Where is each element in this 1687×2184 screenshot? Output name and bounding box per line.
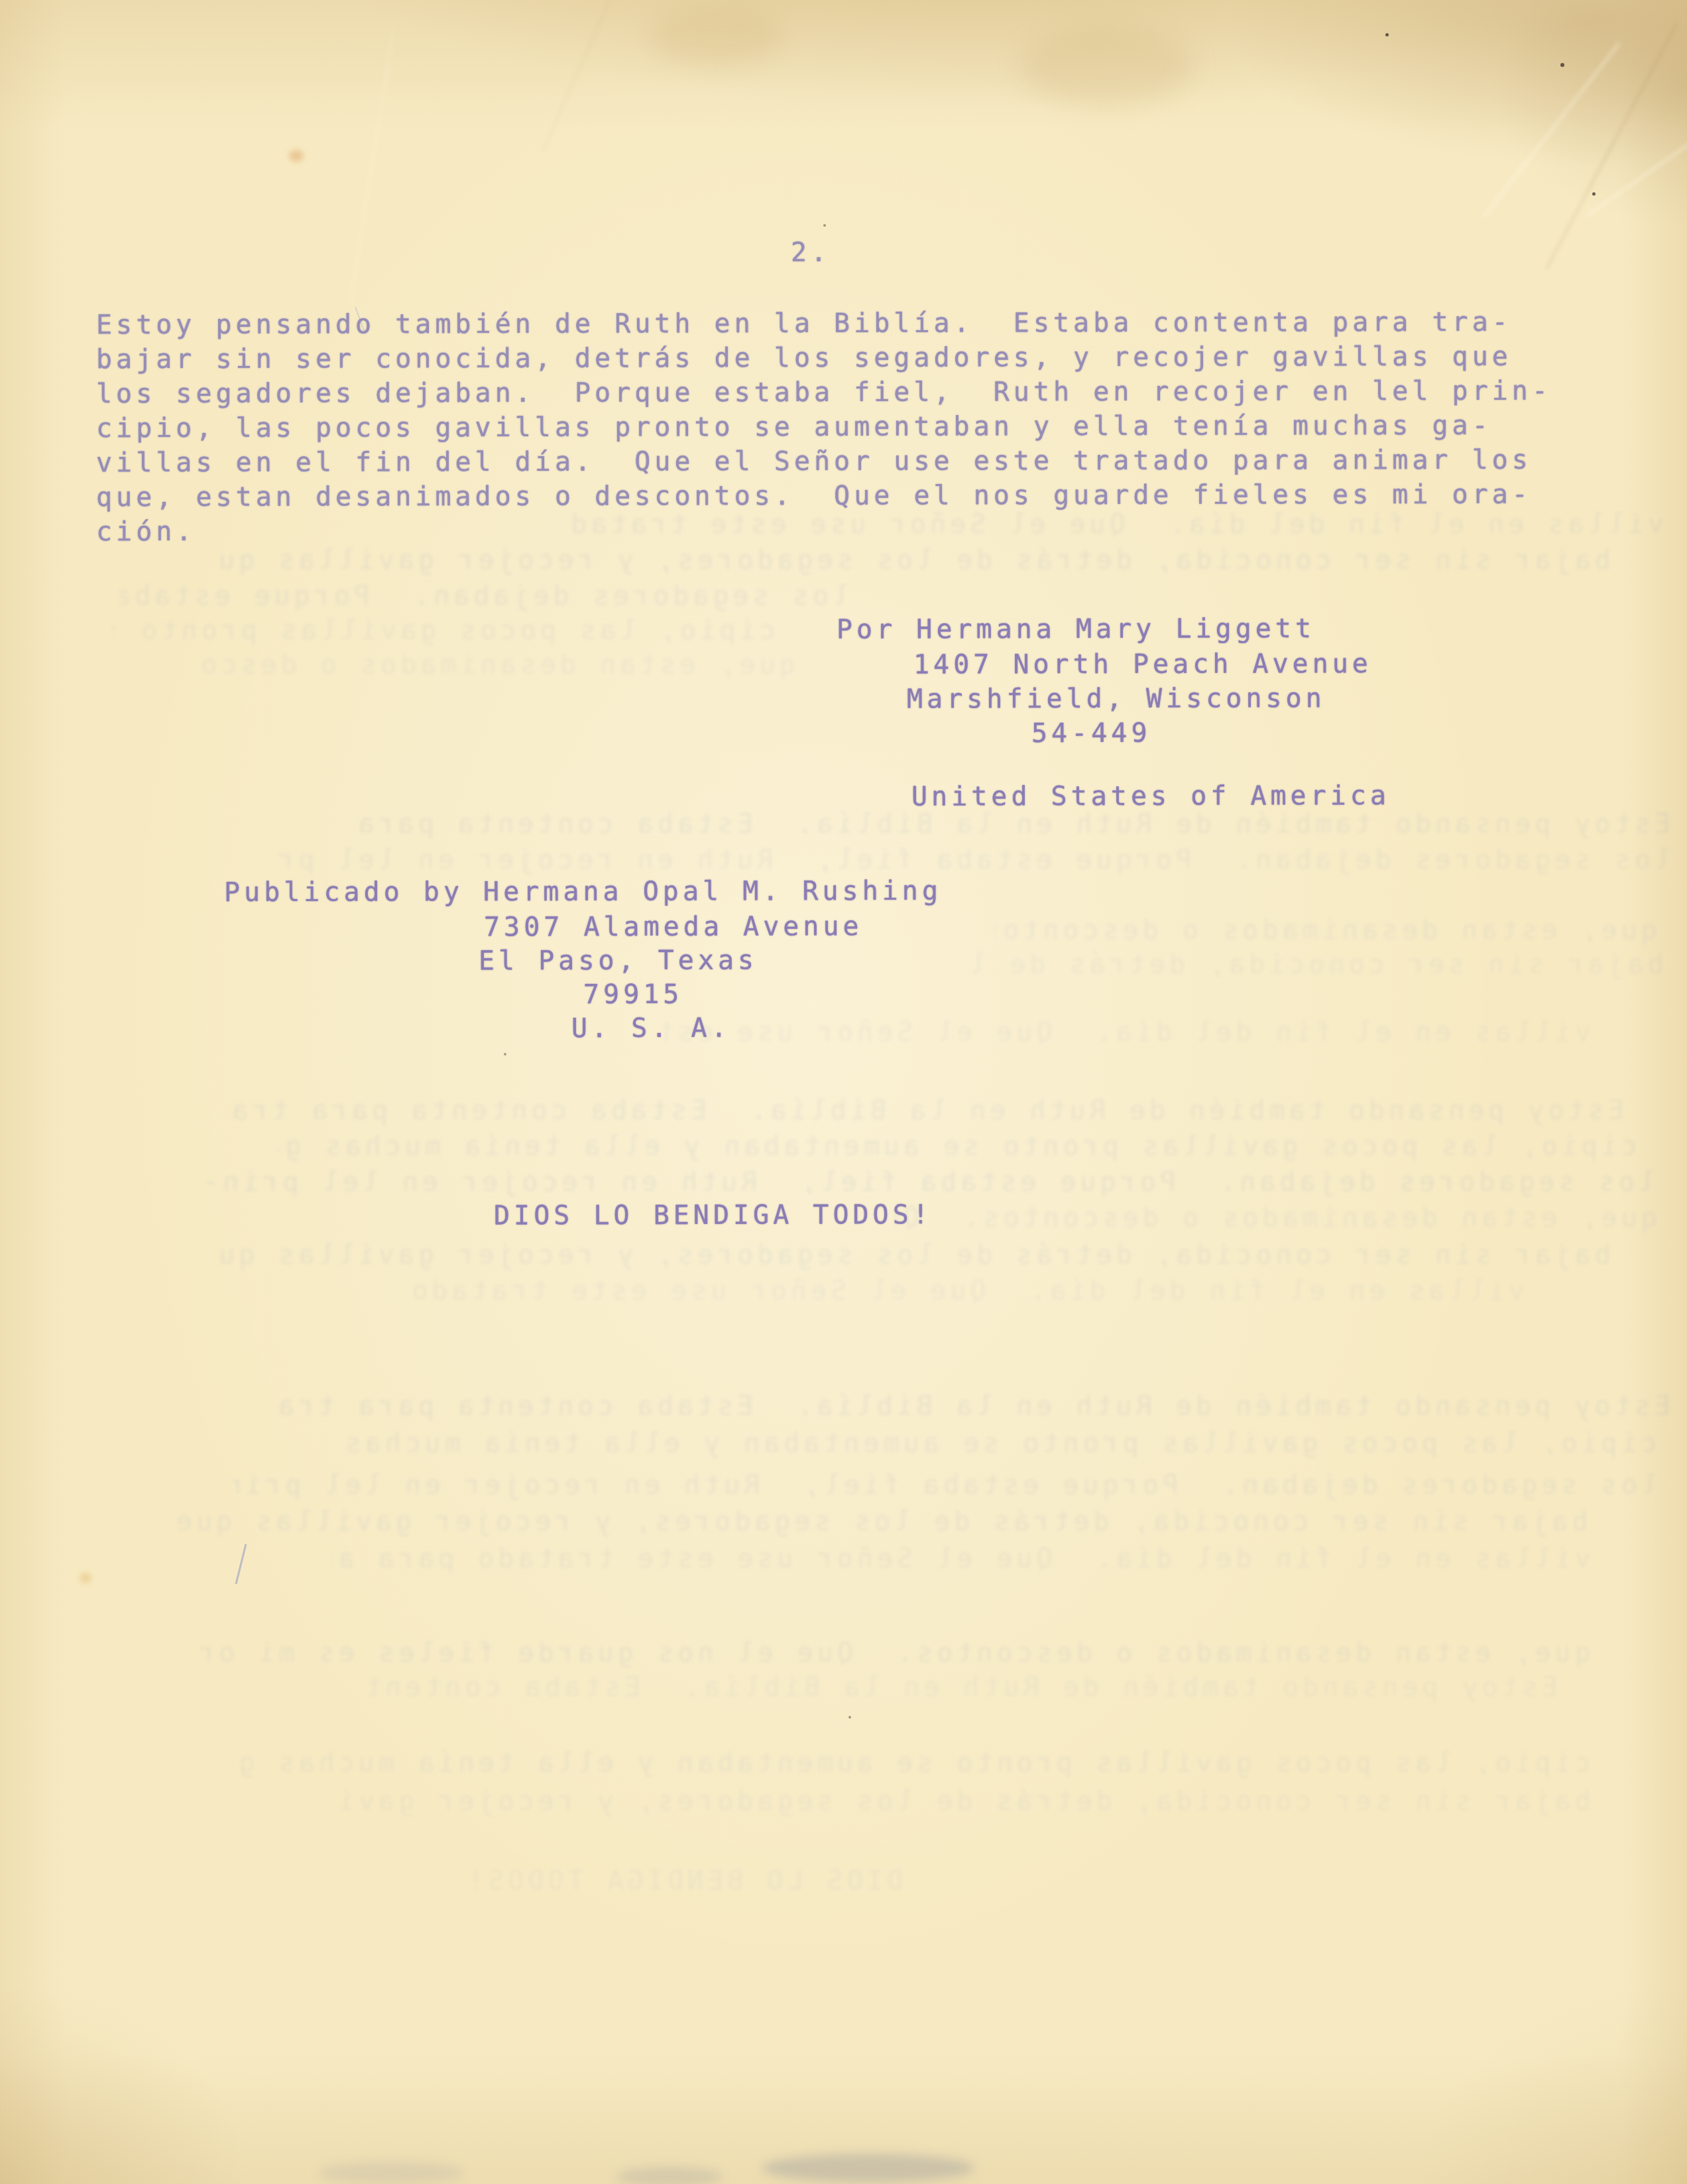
bleed-through-line: villas en el fin del día. Que el Señor u… [663,1016,1591,1049]
bleed-through-line: villas en el fin del día. Que el Señor u… [331,1542,1591,1575]
bleed-through-line: bajar sin ser conocida, detrás de los se… [219,544,1611,577]
paper-crease [349,28,394,303]
bleed-through-line: cipio, las pocos gavillas pronto se aume… [278,1130,1637,1163]
paper-speck [823,224,826,227]
bleed-through-line: DIOS LO BENDIGA TODOS! [464,1864,903,1898]
publisher-name-line: Publicado by Hermana Opal M. Rushing [224,876,942,908]
bleed-through-line: los segadores dejaban. Porque estaba fie… [199,1166,1655,1199]
paper-stain [80,1573,91,1583]
paper-stain [650,7,782,66]
paragraph-line: los segadores dejaban. Porque estaba fie… [96,374,1552,412]
paper-stain [289,150,304,162]
paper-speck [1385,33,1389,36]
author-city-line: Marshfield, Wisconson [907,683,1326,714]
bleed-through-line: Estoy pensando también de Ruth en la Bib… [278,1390,1670,1423]
publisher-country-line: U. S. A. [571,1013,731,1044]
paragraph-line: bajar sin ser conocida, detrás de los se… [96,339,1552,377]
body-paragraph: Estoy pensando también de Ruth en la Bib… [96,306,1552,548]
author-country-line: United States of America [911,780,1390,812]
bleed-through-line: que, estan desanimados o descontos. Que … [994,914,1657,947]
bleed-through-line: cipio, las pocos gavillas pronto se aume… [331,1427,1657,1460]
paragraph-line: Estoy pensando también de Ruth en la Bib… [96,305,1552,343]
paragraph-line: cipio, las pocos gavillas pronto se aume… [96,408,1552,446]
bleed-through-line: villas en el fin del día. Que el Señor u… [398,1274,1525,1307]
bleed-through-line: los segadores dejaban. Porque estaba fie… [119,579,848,613]
bleed-through-line: cipio, las pocos gavillas pronto se aume… [113,614,776,647]
paper-stain [1021,27,1193,106]
bleed-through-line: Estoy pensando también de Ruth en la Bib… [345,808,1670,841]
publisher-city-line: El Paso, Texas [479,945,758,977]
bleed-through-line: Estoy pensando también de Ruth en la Bib… [232,1094,1624,1127]
publisher-zip-line: 79915 [583,979,683,1010]
page-number: 2. [791,237,831,268]
closing-blessing: DIOS LO BENDIGA TODOS! [494,1199,933,1231]
paper-speck [848,1716,851,1719]
paper-speck [1560,63,1564,67]
bleed-through-line: bajar sin ser conocida, detrás de los se… [219,1239,1611,1272]
bleed-through-line: bajar sin ser conocida, detrás de los se… [968,948,1664,981]
bleed-through-line: que, estan desanimados o descontos. Que … [199,648,795,682]
paper-speck [504,1053,506,1056]
publisher-street-line: 7307 Alameda Avenue [484,911,863,942]
paper-speck [1592,192,1596,196]
paper-crease [1587,115,1687,216]
bleed-through-line: que, estan desanimados o descontos. Que … [895,1201,1657,1235]
bleed-through-line: los segadores dejaban. Porque estaba fie… [278,843,1670,877]
bleed-through-line: que, estan desanimados o descontos. Que … [199,1636,1591,1669]
paper-crease [1546,23,1678,269]
paper-smudge [318,2161,464,2184]
paper-fiber [235,1544,247,1585]
paper-smudge [616,2167,723,2184]
author-zip-line: 54-449 [1031,718,1151,749]
bleed-through-line: Estoy pensando también de Ruth en la Bib… [365,1671,1558,1704]
paragraph-line: villas en el fin del día. Que el Señor u… [96,443,1552,481]
bleed-through-line: cipio, las pocos gavillas pronto se aume… [232,1746,1591,1780]
document-page: villas en el fin del día. Que el Señor u… [0,0,1687,2184]
author-street-line: 1407 North Peach Avenue [913,648,1372,680]
bleed-through-line: los segadores dejaban. Porque estaba fie… [232,1469,1657,1502]
bleed-through-line: bajar sin ser conocida, detrás de los se… [172,1505,1588,1538]
bleed-through-line: bajar sin ser conocida, detrás de los se… [331,1785,1591,1818]
paper-smudge [762,2154,974,2183]
paragraph-line: ción. [96,512,1552,550]
author-name-line: Por Hermana Mary Liggett [837,613,1315,645]
paper-crease [542,0,613,152]
paper-crease [1484,42,1621,216]
paragraph-line: que, estan desanimados o descontos. Que … [96,477,1552,515]
